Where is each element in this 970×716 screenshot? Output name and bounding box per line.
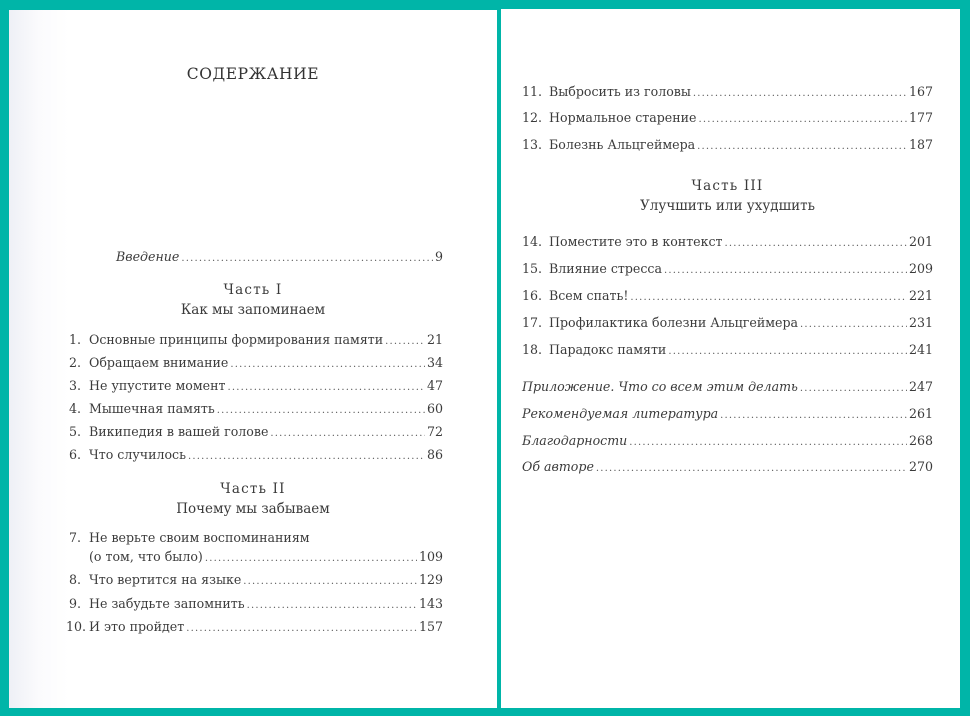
- leader-dots: [725, 236, 907, 252]
- entry-title: Википедия в вашей голове: [89, 424, 268, 440]
- entry-page: 261: [909, 406, 933, 422]
- toc-entry[interactable]: 18. Парадокс памяти 241: [522, 342, 933, 360]
- entry-number: 1.: [69, 332, 89, 348]
- leader-dots: [693, 86, 907, 102]
- entry-number: 11.: [522, 84, 549, 100]
- entry-page: 21: [427, 332, 443, 348]
- leader-dots: [243, 574, 417, 590]
- entry-title: Приложение. Что со всем этим делать: [522, 379, 798, 395]
- entry-page: 167: [909, 84, 933, 100]
- toc-entry[interactable]: 5. Википедия в вашей голове 72: [69, 424, 443, 442]
- entry-number: 9.: [69, 596, 89, 612]
- leader-dots: [270, 426, 425, 442]
- entry-page: 34: [427, 355, 443, 371]
- entry-title: Обращаем внимание: [89, 355, 228, 371]
- leader-dots: [385, 334, 425, 350]
- toc-entry[interactable]: 6. Что случилось 86: [69, 447, 443, 465]
- leader-dots: [629, 435, 907, 451]
- toc-entry[interactable]: 12. Нормальное старение 177: [522, 110, 933, 128]
- entry-page: 177: [909, 110, 933, 126]
- entry-number: 16.: [522, 288, 549, 304]
- entry-title: Поместите это в контекст: [549, 234, 723, 250]
- leader-dots: [630, 290, 907, 306]
- toc-entry[interactable]: 17. Профилактика болезни Альцгеймера 231: [522, 315, 933, 333]
- entry-page: 209: [909, 261, 933, 277]
- entry-title: Выбросить из головы: [549, 84, 691, 100]
- entry-number: 3.: [69, 378, 89, 394]
- toc-entry[interactable]: 9. Не забудьте запомнить 143: [69, 596, 443, 614]
- entry-number: 17.: [522, 315, 549, 331]
- toc-entry[interactable]: 15. Влияние стресса 209: [522, 261, 933, 279]
- entry-number: 10.: [66, 619, 89, 635]
- entry-title: Мышечная память: [89, 401, 215, 417]
- entry-title: Не верьте своим воспоминаниям: [89, 530, 310, 545]
- toc-entry[interactable]: 4. Мышечная память 60: [69, 401, 443, 419]
- toc-entry[interactable]: 16. Всем спать! 221: [522, 288, 933, 306]
- part-label: Часть I: [9, 282, 497, 298]
- entry-title: Основные принципы формирования памяти: [89, 332, 383, 348]
- entry-page: 60: [427, 401, 443, 417]
- entry-title: Что вертится на языке: [89, 572, 241, 588]
- leader-dots: [217, 403, 425, 419]
- toc-entry-appendix[interactable]: Приложение. Что со всем этим делать 247: [522, 379, 933, 397]
- entry-page: 86: [427, 447, 443, 463]
- leader-dots: [697, 139, 907, 155]
- entry-number: 13.: [522, 137, 549, 153]
- toc-entry[interactable]: 13. Болезнь Альцгеймера 187: [522, 137, 933, 155]
- entry-title: Об авторе: [522, 459, 594, 475]
- entry-title: Не забудьте запомнить: [89, 596, 245, 612]
- entry-page: 72: [427, 424, 443, 440]
- toc-entry[interactable]: 14. Поместите это в контекст 201: [522, 234, 933, 252]
- toc-entry[interactable]: 8. Что вертится на языке 129: [69, 572, 443, 590]
- entry-number: 18.: [522, 342, 549, 358]
- toc-entry-intro[interactable]: Введение 9: [116, 249, 443, 267]
- part-1-heading: Часть I Как мы запоминаем: [9, 282, 497, 318]
- entry-number: 15.: [522, 261, 549, 277]
- entry-title: Благодарности: [522, 433, 627, 449]
- entry-title: Введение: [116, 249, 179, 265]
- entry-number: 7.: [69, 530, 89, 545]
- entry-title: Нормальное старение: [549, 110, 697, 126]
- entry-title: Не упустите момент: [89, 378, 225, 394]
- left-page: СОДЕРЖАНИЕ Введение 9 Часть I Как мы зап…: [9, 10, 497, 708]
- entry-number: 12.: [522, 110, 549, 126]
- toc-entry-about-author[interactable]: Об авторе 270: [522, 459, 933, 477]
- entry-title: Профилактика болезни Альцгеймера: [549, 315, 798, 331]
- entry-number: 14.: [522, 234, 549, 250]
- entry-page: 201: [909, 234, 933, 250]
- toc-entry-acknowledgements[interactable]: Благодарности 268: [522, 433, 933, 451]
- entry-page: 270: [909, 459, 933, 475]
- entry-number: 4.: [69, 401, 89, 417]
- entry-page: 109: [419, 549, 443, 565]
- part-name: Улучшить или ухудшить: [522, 198, 933, 214]
- entry-number: 8.: [69, 572, 89, 588]
- leader-dots: [247, 598, 417, 614]
- entry-title: Влияние стресса: [549, 261, 662, 277]
- leader-dots: [181, 251, 433, 267]
- entry-page: 241: [909, 342, 933, 358]
- toc-entry-7-line1[interactable]: 7.Не верьте своим воспоминаниям: [69, 530, 310, 545]
- entry-page: 9: [435, 249, 443, 265]
- entry-page: 187: [909, 137, 933, 153]
- entry-title: Что случилось: [89, 447, 186, 463]
- entry-page: 268: [909, 433, 933, 449]
- leader-dots: [668, 344, 907, 360]
- leader-dots: [186, 621, 417, 637]
- leader-dots: [800, 381, 907, 397]
- toc-entry[interactable]: 3. Не упустите момент 47: [69, 378, 443, 396]
- entry-title: Рекомендуемая литература: [522, 406, 718, 422]
- leader-dots: [664, 263, 907, 279]
- part-name: Как мы запоминаем: [9, 302, 497, 318]
- entry-page: 231: [909, 315, 933, 331]
- entry-page: 221: [909, 288, 933, 304]
- entry-title: Всем спать!: [549, 288, 628, 304]
- entry-title: И это пройдет: [89, 619, 184, 635]
- entry-page: 143: [419, 596, 443, 612]
- toc-entry-7-line2[interactable]: (о том, что было) 109: [89, 549, 443, 567]
- entry-number: 6.: [69, 447, 89, 463]
- part-label: Часть II: [9, 481, 497, 497]
- entry-number: 2.: [69, 355, 89, 371]
- leader-dots: [800, 317, 907, 333]
- part-2-heading: Часть II Почему мы забываем: [9, 481, 497, 517]
- toc-entry[interactable]: 1. Основные принципы формирования памяти…: [69, 332, 443, 350]
- entry-title: Болезнь Альцгеймера: [549, 137, 695, 153]
- leader-dots: [205, 551, 417, 567]
- toc-entry-literature[interactable]: Рекомендуемая литература 261: [522, 406, 933, 424]
- entry-number: 5.: [69, 424, 89, 440]
- toc-entry[interactable]: 10. И это пройдет 157: [66, 619, 443, 637]
- entry-page: 157: [419, 619, 443, 635]
- leader-dots: [720, 408, 907, 424]
- leader-dots: [227, 380, 424, 396]
- leader-dots: [596, 461, 907, 477]
- entry-title: Парадокс памяти: [549, 342, 666, 358]
- right-page: 11. Выбросить из головы 167 12. Нормальн…: [501, 9, 960, 708]
- entry-title-continued: (о том, что было): [89, 549, 203, 565]
- part-name: Почему мы забываем: [9, 501, 497, 517]
- part-label: Часть III: [522, 178, 933, 194]
- part-3-heading: Часть III Улучшить или ухудшить: [522, 178, 933, 214]
- leader-dots: [699, 112, 907, 128]
- entry-page: 47: [427, 378, 443, 394]
- entry-page: 129: [419, 572, 443, 588]
- entry-page: 247: [909, 379, 933, 395]
- leader-dots: [230, 357, 425, 373]
- toc-entry[interactable]: 11. Выбросить из головы 167: [522, 84, 933, 102]
- leader-dots: [188, 449, 425, 465]
- toc-entry[interactable]: 2. Обращаем внимание 34: [69, 355, 443, 373]
- toc-title: СОДЕРЖАНИЕ: [9, 65, 497, 83]
